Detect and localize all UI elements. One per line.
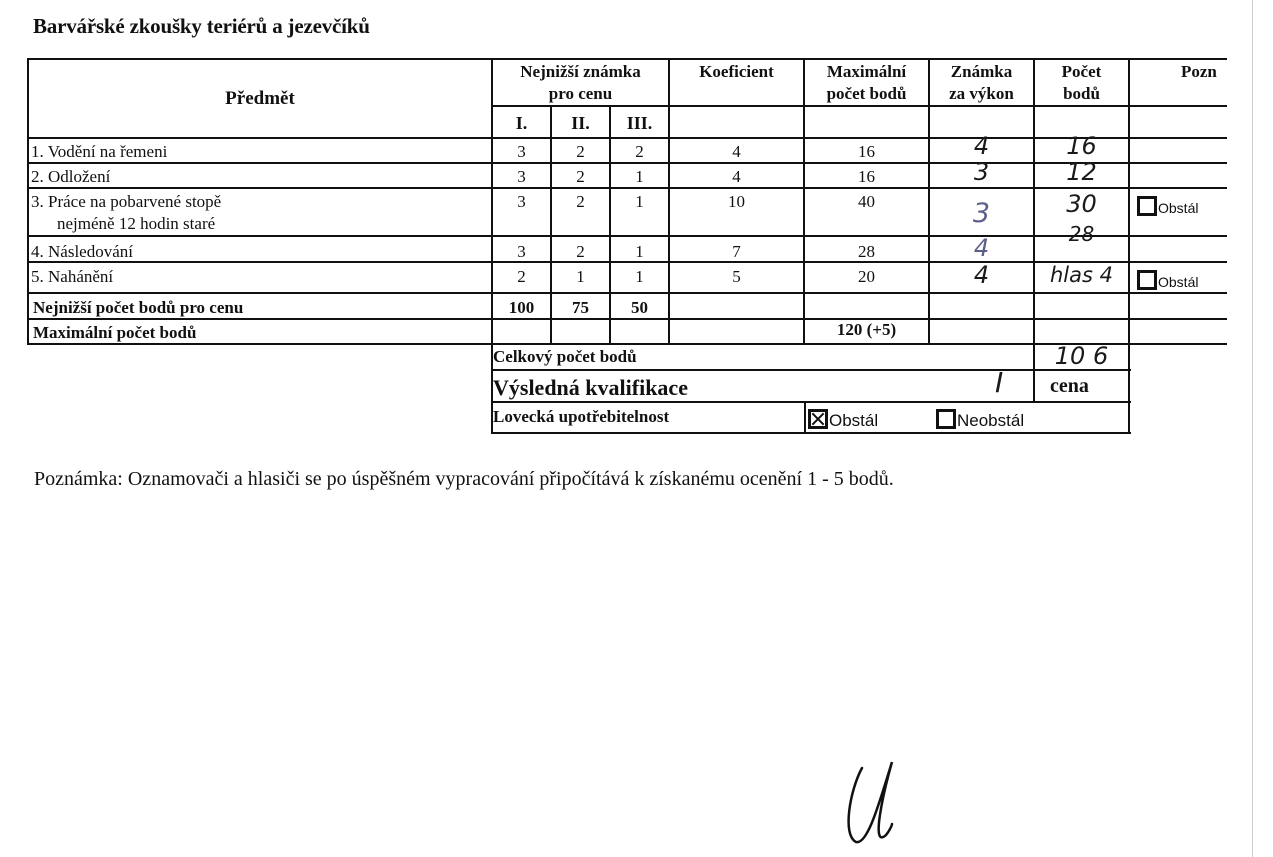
row-max: 16 — [805, 142, 928, 162]
row-grade-ii: 2 — [552, 192, 609, 212]
row-grade-iii: 1 — [611, 167, 668, 187]
max-points-label: Maximální počet bodů — [33, 323, 196, 343]
row-max: 28 — [805, 242, 928, 262]
row-max: 40 — [805, 192, 928, 212]
checkbox-icon[interactable] — [1137, 196, 1157, 216]
total-label: Celkový počet bodů — [493, 347, 637, 367]
row-grade-ii: 2 — [552, 142, 609, 162]
row-subject: 1. Vodění na řemeni — [31, 142, 167, 162]
max-points-value: 120 (+5) — [805, 320, 928, 340]
min-points-ii: 75 — [552, 298, 609, 318]
row-grade-iii: 2 — [611, 142, 668, 162]
row-mark: 3 — [930, 158, 1033, 186]
row-points: hlas 4 — [1035, 263, 1128, 287]
header-points-1: Počet — [1035, 62, 1128, 82]
header-points-2: bodů — [1035, 84, 1128, 104]
header-min-grade: Nejnižší známka — [493, 62, 668, 82]
row-grade-i: 3 — [493, 167, 550, 187]
row-coef: 4 — [670, 167, 803, 187]
row-subject: 2. Odložení — [31, 167, 110, 187]
row-coef: 4 — [670, 142, 803, 162]
row-grade-iii: 1 — [611, 192, 668, 212]
checked-box-icon[interactable] — [808, 409, 828, 429]
row-grade-iii: 1 — [611, 267, 668, 287]
header-grade-iii: III. — [611, 113, 668, 134]
min-points-label: Nejnižší počet bodů pro cenu — [33, 298, 243, 318]
checkbox-icon[interactable] — [1137, 270, 1157, 290]
passed-checkbox[interactable]: Obstál — [808, 409, 878, 431]
header-grade-i: I. — [493, 113, 550, 134]
row-mark: 4 — [930, 234, 1033, 262]
row-grade-i: 3 — [493, 192, 550, 212]
row-subject: 3. Práce na pobarvené stopě — [31, 192, 221, 212]
qualification-suffix: cena — [1050, 375, 1089, 398]
header-subject: Předmět — [29, 88, 491, 110]
min-points-iii: 50 — [611, 298, 668, 318]
row-note-checkbox[interactable]: Obstál — [1137, 270, 1198, 292]
min-points-i: 100 — [493, 298, 550, 318]
row-points: 16 — [1035, 132, 1128, 160]
checkbox-icon[interactable] — [936, 409, 956, 429]
qualification-label: Výsledná kvalifikace — [493, 375, 688, 401]
header-grade-ii: II. — [552, 113, 609, 134]
row-mark: 4 — [930, 261, 1033, 289]
header-mark-2: za výkon — [930, 84, 1033, 104]
signature — [840, 740, 920, 855]
row-points: 30 — [1035, 190, 1128, 218]
row-note-checkbox[interactable]: Obstál — [1137, 196, 1198, 218]
row-max: 16 — [805, 167, 928, 187]
signature-icon — [840, 740, 920, 850]
row-grade-i: 2 — [493, 267, 550, 287]
header-mark-1: Známka — [930, 62, 1033, 82]
header-min-grade-2: pro cenu — [493, 84, 668, 104]
row-subject: 4. Následování — [31, 242, 133, 262]
row-subject: 5. Nahánění — [31, 267, 113, 287]
footnote: Poznámka: Oznamovači a hlasiči se po úsp… — [34, 468, 894, 491]
row-coef: 5 — [670, 267, 803, 287]
row-grade-ii: 2 — [552, 242, 609, 262]
total-value: 10 6 — [1035, 342, 1128, 370]
header-max-2: počet bodů — [805, 84, 928, 104]
row-coef: 10 — [670, 192, 803, 212]
header-coef: Koeficient — [670, 62, 803, 82]
row-grade-i: 3 — [493, 242, 550, 262]
row-max: 20 — [805, 267, 928, 287]
row-mark: 4 — [930, 132, 1033, 160]
row-points: 28 — [1035, 222, 1128, 246]
row-points: 12 — [1035, 158, 1128, 186]
row-grade-iii: 1 — [611, 242, 668, 262]
failed-checkbox[interactable]: Neobstál — [936, 409, 1024, 431]
page-edge — [1252, 0, 1253, 857]
row-subject-line2: nejméně 12 hodin staré — [57, 214, 215, 234]
qualification-value: I — [995, 366, 1003, 399]
document-title: Barvářské zkoušky teriérů a jezevčíků — [33, 14, 370, 39]
row-coef: 7 — [670, 242, 803, 262]
row-grade-i: 3 — [493, 142, 550, 162]
hunting-label: Lovecká upotřebitelnost — [493, 407, 669, 427]
header-note: Pozn — [1181, 62, 1217, 82]
row-mark: 3 — [930, 198, 1033, 229]
row-grade-ii: 1 — [552, 267, 609, 287]
header-max-1: Maximální — [805, 62, 928, 82]
row-grade-ii: 2 — [552, 167, 609, 187]
